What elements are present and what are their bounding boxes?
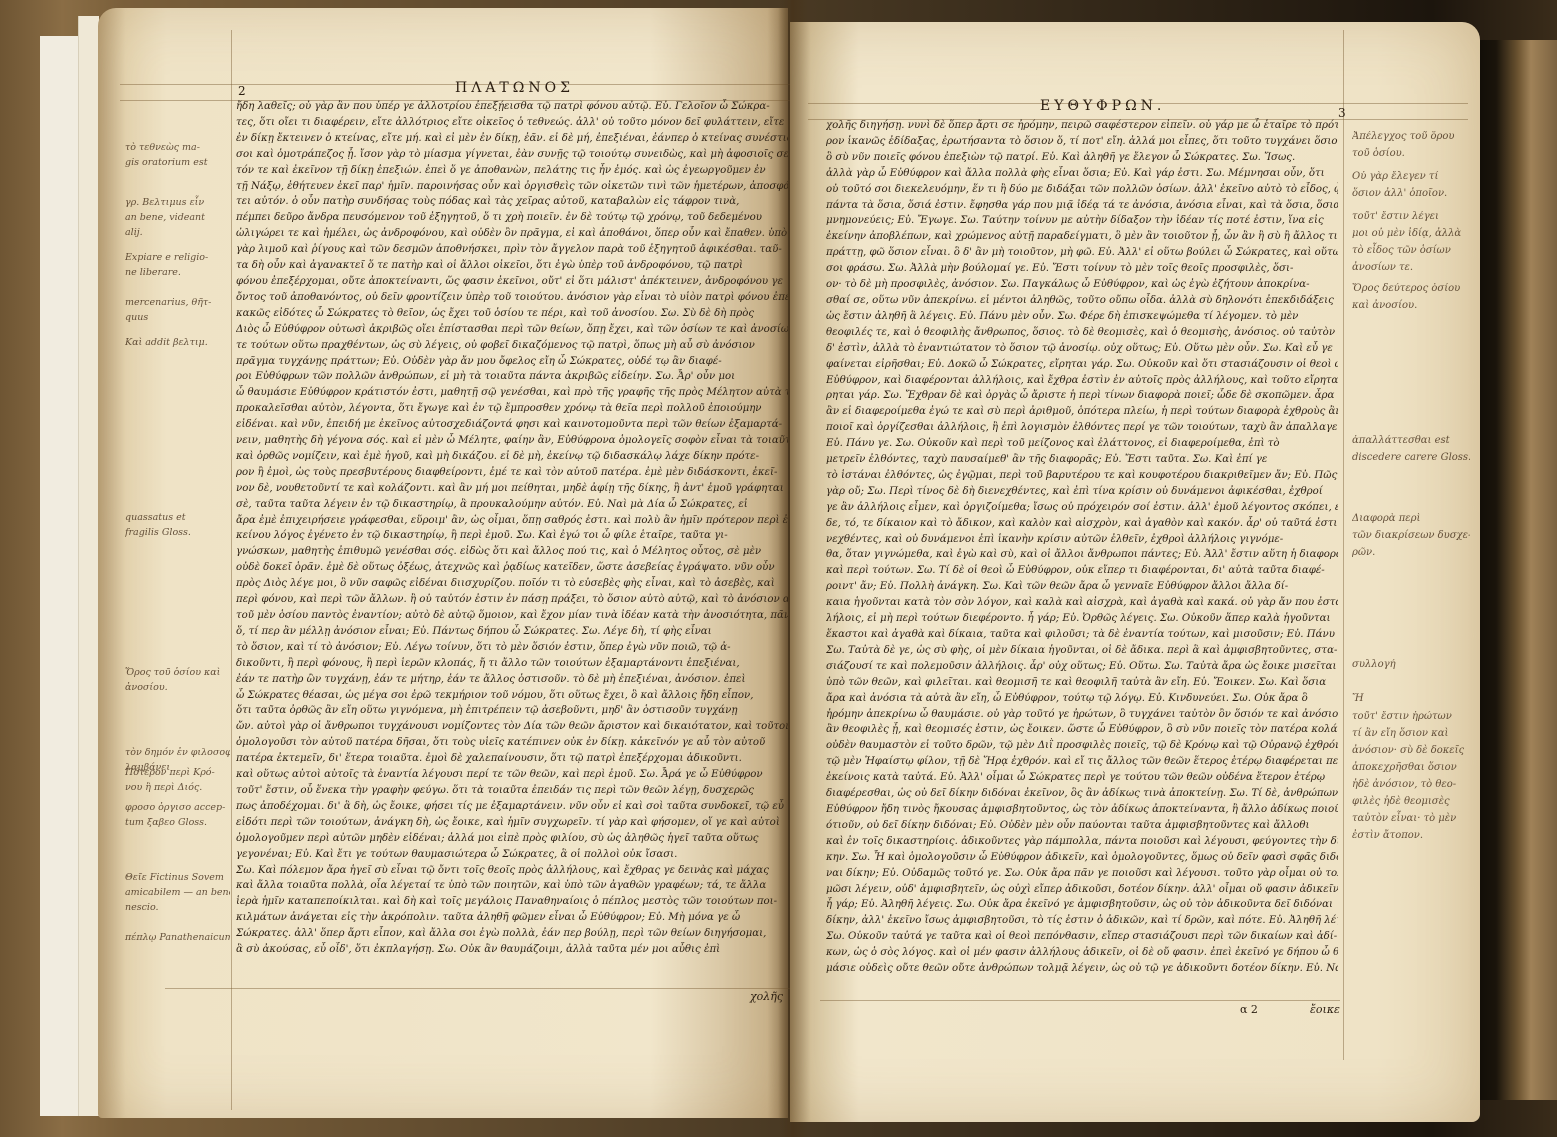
marginal-note-line: γρ. Βελτιμus εἶν bbox=[125, 195, 205, 210]
text-line: τῇ Νάξῳ, ἐθήτευεν ἐκεῖ παρ' ἡμῖν. παροιν… bbox=[236, 179, 788, 195]
text-line: πάντα τὰ ὅσια, ὅσιά ἐστιν. ἔφησθα γάρ πο… bbox=[826, 198, 1338, 214]
marginal-note-line: πέπλῳ Panathenaicum. bbox=[125, 930, 230, 945]
text-line: νεχθέντες, καὶ οὐ δυνάμενοι ἐπὶ ἱκανὴν κ… bbox=[826, 532, 1338, 548]
text-line: καὶ περὶ τούτων. Σω. Τί δὲ οἱ θεοὶ ὦ Εὐθ… bbox=[826, 563, 1338, 579]
marginal-note-line: nescio. bbox=[125, 900, 230, 915]
text-line: οὐδὲν θαυμαστὸν εἰ τοῦτο δρῶν, τῷ μὲν Δι… bbox=[826, 738, 1338, 754]
marginal-note: mercenarius, θῆτ-quus bbox=[125, 295, 211, 325]
text-line: σοι φράσω. Σω. Ἀλλὰ μὴν βούλομαί γε. Εὐ.… bbox=[826, 261, 1338, 277]
text-line: θα, ὅταν γιγνώμεθα, καὶ ἐγὼ καὶ σὺ, καὶ … bbox=[826, 547, 1338, 563]
text-line: μνημονεύεις; Εὐ. Ἔγωγε. Σω. Ταύτην τοίνυ… bbox=[826, 213, 1338, 229]
marginal-note: Πότερον περὶ Κρό-νου ἢ περὶ Διός. bbox=[125, 765, 215, 795]
text-line: γεγονέναι; Εὐ. Καὶ ἔτι γε τούτων θαυμασι… bbox=[236, 847, 788, 863]
text-line: τες, ὅτι οἴει τι διαφέρειν, εἴτε ἀλλότρι… bbox=[236, 115, 788, 131]
text-line: ὤν. αὐτοὶ γὰρ οἱ ἄνθρωποι τυγχάνουσι νομ… bbox=[236, 719, 788, 735]
text-line: καια ἡγοῦνται κατὰ τὸν σὸν λόγον, καὶ κα… bbox=[826, 595, 1338, 611]
text-line: οὐ τοῦτό σοι διεκελευόμην, ἕν τι ἢ δύο μ… bbox=[826, 182, 1338, 198]
marginal-note: τοῦτ' ἔστιν ἠρώτωντί ἂν εἴη ὅσιον καὶἀνό… bbox=[1352, 708, 1464, 844]
loose-paper-sheet bbox=[40, 36, 80, 1116]
marginal-note: Ἤ bbox=[1352, 690, 1364, 707]
text-line: ρον ἢ ἐμοὶ, ὡς τοὺς πρεσβυτέρους διαφθεί… bbox=[236, 465, 788, 481]
catchword-right: ἔοικε bbox=[1310, 1003, 1340, 1016]
text-line: δ' ἐστὶν, ἀλλὰ τὸ ἐναντιώτατον τὸ ὅσιον … bbox=[826, 341, 1338, 357]
text-line: Εὐ. Πάνυ γε. Σω. Οὐκοῦν καὶ περὶ τοῦ μεί… bbox=[826, 436, 1338, 452]
text-line: λήλοις, εἰ μὴ περὶ τούτων διεφέροντο. ἦ … bbox=[826, 611, 1338, 627]
marginal-note-line: μοι οὐ μὲν ἰδίᾳ, ἀλλὰ bbox=[1352, 225, 1461, 242]
marginal-note-line: gis oratorium est bbox=[125, 155, 208, 170]
text-line: σοι καὶ ὁμοτράπεζος ᾖ. ἴσον γὰρ τὸ μίασμ… bbox=[236, 147, 788, 163]
text-line: σιάζουσί τε καὶ πολεμοῦσιν ἀλλήλοις. ἆρ'… bbox=[826, 659, 1338, 675]
marginal-note: συλλογή bbox=[1352, 656, 1396, 673]
loose-paper-sheet bbox=[78, 16, 99, 1116]
marginal-note-line: mercenarius, θῆτ- bbox=[125, 295, 211, 310]
right-page-text: χολῆς διηγήσῃ. νυνὶ δὲ ὅπερ ἄρτι σε ἠρόμ… bbox=[826, 118, 1338, 1000]
text-line: τόν τε καὶ ἐκεῖνον τῇ δίκῃ ἐπεξιών. ἐπεὶ… bbox=[236, 163, 788, 179]
marginal-note-line: Ἤ bbox=[1352, 690, 1364, 707]
text-line: δε, τό, τε δίκαιον καὶ τὸ ἄδικον, καὶ κα… bbox=[826, 516, 1338, 532]
marginal-note-line: ταὐτὸν εἶναι· τὸ μὲν bbox=[1352, 810, 1464, 827]
text-line: Εὐθύφρον, καὶ διαφέρονται ἀλλήλοις, καὶ … bbox=[826, 373, 1338, 389]
marginal-note-line: fragilis Gloss. bbox=[125, 525, 191, 540]
text-line: δικοῦντι, ἢ περὶ φόνους, ἢ περὶ ἱερῶν κλ… bbox=[236, 656, 788, 672]
text-line: ὅ, τί περ ἂν μέλλῃ ἀνόσιον εἶναι; Εὐ. Πά… bbox=[236, 624, 788, 640]
marginal-note-line: τὸν δημόν ἐν φιλοσοφία bbox=[125, 745, 230, 760]
marginal-note-line: Expiare e religio- bbox=[125, 250, 208, 265]
text-line: γε ἂν ἀλλήλοις εἶμεν, καὶ ὀργιζοίμεθα; ἴ… bbox=[826, 500, 1338, 516]
text-line: ρηται γάρ. Σω. Ἔχθραν δὲ καὶ ὀργὰς ὦ ἄρι… bbox=[826, 388, 1338, 404]
text-line: πρὸς Διὸς λέγε μοι, ὃ νῦν σαφῶς εἰδέναι … bbox=[236, 576, 788, 592]
text-line: Σω. Καὶ πόλεμον ἄρα ἡγεῖ σὺ εἶναι τῷ ὄντ… bbox=[236, 863, 788, 879]
text-line: ότιοῦν, οὐ δεῖ δίκην διδόναι; Εὐ. Οὐδὲν … bbox=[826, 818, 1338, 834]
text-line: ὁμολογοῦσι τὸν αὑτοῦ πατέρα δῆσαι, ὅτι τ… bbox=[236, 735, 788, 751]
text-line: καὶ οὕτως αὐτοὶ αὑτοῖς τὰ ἐναντία λέγουσ… bbox=[236, 767, 788, 783]
marginal-note: Διαφορὰ περὶτῶν διακρίσεων δυσχε-ρῶν. bbox=[1352, 510, 1470, 561]
marginal-note: Expiare e religio-ne liberare. bbox=[125, 250, 208, 280]
marginal-note-line: καὶ ἀνοσίου. bbox=[1352, 297, 1460, 314]
text-line: διαφέρεσθαι, ὡς οὐ δεῖ δίκην διδόναι ἐκε… bbox=[826, 786, 1338, 802]
marginal-note-line: τοῦ ὁσίου. bbox=[1352, 145, 1455, 162]
text-line: κιλμάτων ἀνάγεται εἰς τὴν ἀκρόπολιν. ταῦ… bbox=[236, 910, 788, 926]
text-line: γνώσκων, μαθητὴς ἐπιθυμῶ γενέσθαι σός. ε… bbox=[236, 544, 788, 560]
text-line: φαίνεται εἰρῆσθαι; Εὐ. Δοκῶ ὦ Σώκρατες, … bbox=[826, 357, 1338, 373]
marginal-note-line: quassatus et bbox=[125, 510, 191, 525]
text-line: ἐκείνοις κατὰ ταὐτά. Εὐ. Ἀλλ' οἶμαι ὦ Σώ… bbox=[826, 770, 1338, 786]
text-line: τα δὴ οὖν καὶ ἀγανακτεῖ ὅ τε πατὴρ καὶ ο… bbox=[236, 258, 788, 274]
text-line: τει αὐτόν. ὁ οὖν πατὴρ συνδήσας τοὺς πόδ… bbox=[236, 194, 788, 210]
marginal-note-line: ὅσιον ἀλλ' ὁποῖον. bbox=[1352, 185, 1447, 202]
marginal-note-line: τί ἂν εἴη ὅσιον καὶ bbox=[1352, 725, 1464, 742]
text-line: περὶ φόνου, καὶ περὶ τῶν ἄλλων. ἢ οὐ ταὐ… bbox=[236, 592, 788, 608]
marginal-note-line: ρῶν. bbox=[1352, 544, 1470, 561]
text-line: Σω. Ταὐτὰ δὲ γε, ὡς σὺ φὴς, οἱ μὲν δίκαι… bbox=[826, 643, 1338, 659]
text-line: ἱερὰ ἡμῖν καταπεποίκιλται. καὶ δὴ καὶ το… bbox=[236, 894, 788, 910]
text-line: μετρεῖν ἐλθόντες, ταχὺ παυσαίμεθ' ἂν τῆς… bbox=[826, 452, 1338, 468]
footer-rule bbox=[165, 988, 805, 989]
margin-rule bbox=[1343, 30, 1344, 1060]
text-line: γὰρ λιμοῦ καὶ ῥίγους καὶ τῶν δεσμῶν ἀποθ… bbox=[236, 242, 788, 258]
text-line: ὄντος τοῦ ἀποθανόντος, οὐ δεῖν φροντίζει… bbox=[236, 290, 788, 306]
marginal-note-line: ἀνόσιον· σὺ δὲ δοκεῖς bbox=[1352, 742, 1464, 759]
marginal-note-line: ἐστὶν ἄτοπον. bbox=[1352, 827, 1464, 844]
text-line: τε τούτων οὕτω πραχθέντων, ὡς σὺ λέγεις,… bbox=[236, 338, 788, 354]
text-line: ἂν εἰ διαφεροίμεθα ἐγώ τε καὶ σὺ περὶ ἀρ… bbox=[826, 404, 1338, 420]
text-line: Σω. Οὐκοῦν ταὐτά γε ταῦτα καὶ οἱ θεοὶ πε… bbox=[826, 929, 1338, 945]
text-line: Διὸς ὦ Εὐθύφρον οὑτωσὶ ἀκριβῶς οἴει ἐπίσ… bbox=[236, 322, 788, 338]
text-line: ὃ σὺ νῦν ποιεῖς φόνου ἐπεξιὼν τῷ πατρί. … bbox=[826, 150, 1338, 166]
signature-mark: α 2 bbox=[1240, 1003, 1258, 1016]
text-line: ἀλλὰ γὰρ ὦ Εὐθύφρον καὶ ἄλλα πολλὰ φὴς ε… bbox=[826, 166, 1338, 182]
marginal-note-line: Οὐ γὰρ ἔλεγεν τί bbox=[1352, 168, 1447, 185]
marginal-note-line: Θεῖε Fictinus Sovem bbox=[125, 870, 230, 885]
text-line: τὸ ἱστάναι ἐλθόντες, ὡς ἐγῷμαι, περὶ τοῦ… bbox=[826, 468, 1338, 484]
text-line: καὶ ἄλλα τοιαῦτα πολλὰ, οἷα λέγεταί τε ὑ… bbox=[236, 878, 788, 894]
text-line: πράττῃ, φῶ ὅσιον εἶναι. ὃ δ' ἂν μὴ τοιοῦ… bbox=[826, 245, 1338, 261]
text-line: ἕκαστοι καὶ ἀγαθὰ καὶ δίκαια, ταῦτα καὶ … bbox=[826, 627, 1338, 643]
text-line: δίκην, ἀλλ' ἐκεῖνο ἴσως ἀμφισβητοῦσι, τὸ… bbox=[826, 913, 1338, 929]
marginal-note-line: ἠδὲ ἀνόσιον, τὸ θεο- bbox=[1352, 776, 1464, 793]
text-line: πρᾶγμα τυγχάνῃς πράττων; Εὐ. Οὐδὲν γὰρ ἄ… bbox=[236, 354, 788, 370]
marginal-note-line: τὸ τεθνεὼς ma- bbox=[125, 140, 208, 155]
text-line: εἰδότι περὶ τῶν τοιούτων, ἀνάγκη δὴ, ὡς … bbox=[236, 815, 788, 831]
text-line: ἦ γάρ; Εὐ. Ἀληθῆ λέγεις. Σω. Οὐκ ἄρα ἐκε… bbox=[826, 897, 1338, 913]
text-line: θεοφιλές τε, καὶ ὁ θεοφιλὴς ἄνθρωπος, ὅσ… bbox=[826, 325, 1338, 341]
text-line: σθαί σε, οὕτω νῦν ἀπεκρίνω. εἰ μέντοι ἀλ… bbox=[826, 293, 1338, 309]
text-line: κείνου λόγος ἐγένετο ἐν τῷ δικαστηρίῳ, ἢ… bbox=[236, 528, 788, 544]
text-line: ὦ θαυμάσιε Εὐθύφρον κράτιστόν ἐστι, μαθη… bbox=[236, 385, 788, 401]
marginal-note-line: τὸ εἶδος τῶν ὁσίων bbox=[1352, 242, 1461, 259]
text-line: ρον ἱκανῶς ἐδίδαξας, ἐρωτήσαντα τὸ ὅσιον… bbox=[826, 134, 1338, 150]
marginal-note-line: τῶν διακρίσεων δυσχε- bbox=[1352, 527, 1470, 544]
margin-rule bbox=[231, 30, 232, 1110]
marginal-note-line: an bene, videant bbox=[125, 210, 205, 225]
left-page-text: ἤδη λαθεῖς; οὐ γὰρ ἂν που ὑπέρ γε ἀλλοτρ… bbox=[236, 99, 788, 974]
text-line: νειν, μαθητὴς δὴ γέγονα σός. καὶ εἰ μὲν … bbox=[236, 433, 788, 449]
text-line: νον δὲ, νουθετοῦντί τε καὶ κολάζοντι. κα… bbox=[236, 481, 788, 497]
text-line: ἐκείνην ἀποβλέπων, καὶ χρώμενος αὐτῇ παρ… bbox=[826, 229, 1338, 245]
text-line: ἄρα καὶ ἀνόσια τὰ αὐτὰ ἂν εἴη, ὦ Εὐθύφρο… bbox=[826, 691, 1338, 707]
text-line: Εὐθύφρον ἤδη τινὸς ἤκουσας ἀμφισβητοῦντο… bbox=[826, 802, 1338, 818]
marginal-note-line: Ὅρος δεύτερος ὁσίου bbox=[1352, 280, 1460, 297]
text-line: κακῶς εἰδότες ὦ Σώκρατες τὸ θεῖον, ὡς ἔχ… bbox=[236, 306, 788, 322]
text-line: ἐν δίκῃ ἔκτεινεν ὁ κτείνας, εἴτε μή. καὶ… bbox=[236, 131, 788, 147]
text-line: καὶ ὀρθῶς νομίζειν, καὶ ἐμὲ ἡγοῦ, καὶ μὴ… bbox=[236, 449, 788, 465]
marginal-note: Ὅρος δεύτερος ὁσίουκαὶ ἀνοσίου. bbox=[1352, 280, 1460, 314]
text-line: φόνου ἐπεξέρχομαι, οὔτε ἀποκτείναντι, ὥς… bbox=[236, 274, 788, 290]
text-line: ὅτι ταῦτα ὀρθῶς ἂν εἴη οὕτω γιγνόμενα, μ… bbox=[236, 703, 788, 719]
text-line: ἂν θεοφιλὲς ᾖ, καὶ θεομισές ἐστιν, ὡς ἔο… bbox=[826, 722, 1338, 738]
marginal-note-line: Πότερον περὶ Κρό- bbox=[125, 765, 215, 780]
marginal-note-line: ne liberare. bbox=[125, 265, 208, 280]
marginal-note: Οὐ γὰρ ἔλεγεν τίὅσιον ἀλλ' ὁποῖον. bbox=[1352, 168, 1447, 202]
running-head-left: ΠΛΑΤΩΝΟΣ bbox=[455, 80, 574, 96]
marginal-note-line: φροσο ὀργισο accep- bbox=[125, 800, 225, 815]
text-line: ἄρα ἐμὲ ἐπιχειρήσειε γράφεσθαι, εὕροιμ' … bbox=[236, 513, 788, 529]
marginal-note: quassatus etfragilis Gloss. bbox=[125, 510, 191, 540]
footer-rule bbox=[820, 1000, 1340, 1001]
text-line: γὰρ οὔ; Σω. Περὶ τίνος δὲ δὴ διενεχθέντε… bbox=[826, 484, 1338, 500]
marginal-note: τοῦτ' ἔστιν λέγειμοι οὐ μὲν ἰδίᾳ, ἀλλὰτὸ… bbox=[1352, 208, 1461, 276]
marginal-note: ἀπαλλάττεσθαι estdiscedere carere Gloss. bbox=[1352, 432, 1470, 466]
text-line: ὁμολογοῦμεν περὶ αὐτῶν μηδὲν εἰδέναι; ἀλ… bbox=[236, 831, 788, 847]
text-line: εἰδέναι. καὶ νῦν, ἐπειδή με ἐκεῖνος αὐτο… bbox=[236, 417, 788, 433]
text-line: ροι Εὐθύφρων τῶν πολλῶν ἀνθρώπων, εἰ μὴ … bbox=[236, 369, 788, 385]
text-line: πατέρα ἐκτεμεῖν, δι' ἕτερα τοιαῦτα. ἐμοὶ… bbox=[236, 751, 788, 767]
marginal-note-line: ἀποκεχρῆσθαι ὅσιον bbox=[1352, 759, 1464, 776]
text-line: ροιντ' ἄν; Εὐ. Πολλὴ ἀνάγκη. Σω. Καὶ τῶν… bbox=[826, 579, 1338, 595]
text-line: κων, ὡς ὁ σὸς λόγος. καὶ οἱ μέν φασιν ἀλ… bbox=[826, 945, 1338, 961]
page-number-left: 2 bbox=[238, 84, 246, 98]
marginal-note: Καὶ addit βελτιμ. bbox=[125, 335, 208, 350]
text-line: μάσιε οὐδεὶς οὔτε θεῶν οὔτε ἀνθρώπων τολ… bbox=[826, 961, 1338, 977]
marginal-note-line: discedere carere Gloss. bbox=[1352, 449, 1470, 466]
book-cover-right-edge bbox=[1470, 40, 1557, 1100]
text-line: ὠλιγώρει τε καὶ ἠμέλει, ὡς ἀνδροφόνου, κ… bbox=[236, 226, 788, 242]
text-line: ἠρόμην ἀπεκρίνω ὦ θαυμάσιε. οὐ γὰρ τοῦτό… bbox=[826, 707, 1338, 723]
text-line: τῷ μὲν Ἡφαίστῳ φίλον, τῇ δὲ Ἥρᾳ ἐχθρόν. … bbox=[826, 754, 1338, 770]
page-number-right: 3 bbox=[1338, 106, 1346, 120]
marginal-note-line: Καὶ addit βελτιμ. bbox=[125, 335, 208, 350]
text-line: πως ἀποδέχομαι. δι' ἃ δὴ, ὡς ἔοικε, φήσε… bbox=[236, 799, 788, 815]
text-line: ὑπὸ τῶν θεῶν, καὶ φιλεῖται. καὶ θεομισῆ … bbox=[826, 675, 1338, 691]
text-line: ἃ σὺ ἀκούσας, εὖ οἶδ', ὅτι ἐκπλαγήσῃ. Σω… bbox=[236, 942, 788, 958]
text-line: κην. Σω. Ἦ καὶ ὁμολογοῦσιν ὦ Εὐθύφρον ἀδ… bbox=[826, 850, 1338, 866]
text-line: ναι δίκην; Εὐ. Οὐδαμῶς τοῦτό γε. Σω. Οὐκ… bbox=[826, 866, 1338, 882]
marginal-note-line: ἀπαλλάττεσθαι est bbox=[1352, 432, 1470, 449]
text-line: τοῦ μὲν ὁσίου παντὸς ἐναντίον; αὐτὸ δὲ α… bbox=[236, 608, 788, 624]
marginal-note-line: φιλὲς ἠδὲ θεομισὲς bbox=[1352, 793, 1464, 810]
text-line: ἤδη λαθεῖς; οὐ γὰρ ἂν που ὑπέρ γε ἀλλοτρ… bbox=[236, 99, 788, 115]
marginal-note: τὸ τεθνεὼς ma-gis oratorium est bbox=[125, 140, 208, 170]
marginal-note-line: Ἀπέλεγχος τοῦ ὅρου bbox=[1352, 128, 1455, 145]
text-line: ποιοῖ καὶ ὀργίζεσθαι ἀλλήλοις, ἢ ἐπὶ λογ… bbox=[826, 420, 1338, 436]
text-line: οὐδὲ δοκεῖ ὁρᾶν. ἐμὲ δὲ οὕτως ὀξέως, ἀτε… bbox=[236, 560, 788, 576]
text-line: καὶ ἐν τοῖς δικαστηρίοις. ἀδικοῦντες γὰρ… bbox=[826, 834, 1338, 850]
marginal-note: Ὅρος τοῦ ὁσίου καὶἀνοσίου. bbox=[125, 665, 220, 695]
marginal-note-line: τοῦτ' ἔστιν ἠρώτων bbox=[1352, 708, 1464, 725]
marginal-note-line: quus bbox=[125, 310, 211, 325]
text-line: μῶσι λέγειν, οὐδ' ἀμφισβητεῖν, ὡς οὐχὶ ε… bbox=[826, 882, 1338, 898]
marginal-note: πέπλῳ Panathenaicum. bbox=[125, 930, 230, 945]
marginal-note: γρ. Βελτιμus εἶνan bene, videantalij. bbox=[125, 195, 205, 240]
marginal-note-line: νου ἢ περὶ Διός. bbox=[125, 780, 215, 795]
marginal-note: Ἀπέλεγχος τοῦ ὅρουτοῦ ὁσίου. bbox=[1352, 128, 1455, 162]
text-line: τὸ ὅσιον, καὶ τί τὸ ἀνόσιον; Εὐ. Λέγω το… bbox=[236, 640, 788, 656]
text-line: ὦ Σώκρατες θέασαι, ὡς μέγα σοι ἐρῶ τεκμή… bbox=[236, 688, 788, 704]
text-line: τοῦτ' ἔστιν, οὗ ἕνεκα τὴν γραφὴν φεύγω. … bbox=[236, 783, 788, 799]
marginal-note-line: τοῦτ' ἔστιν λέγει bbox=[1352, 208, 1461, 225]
text-line: ἐάν τε πατὴρ ὢν τυγχάνῃ, ἐάν τε μήτηρ, ἐ… bbox=[236, 672, 788, 688]
text-line: ον· τὸ δὲ μὴ προσφιλὲς, ἀνόσιον. Σω. Παγ… bbox=[826, 277, 1338, 293]
marginal-note-line: alij. bbox=[125, 225, 205, 240]
text-line: πέμπει δεῦρο ἄνδρα πευσόμενον τοῦ ἐξηγητ… bbox=[236, 210, 788, 226]
marginal-note-line: Διαφορὰ περὶ bbox=[1352, 510, 1470, 527]
running-head-right: ΕΥΘΥΦΡΩΝ. bbox=[1040, 98, 1165, 114]
marginal-note: φροσο ὀργισο accep-tum ξαβεο Gloss. bbox=[125, 800, 225, 830]
text-line: ὡς ἔστιν ἀληθῆ ἃ λέγεις. Εὐ. Πάνυ μὲν οὖ… bbox=[826, 309, 1338, 325]
text-line: σὲ, ταῦτα ταῦτα λέγειν ἐν τῷ δικαστηρίῳ,… bbox=[236, 497, 788, 513]
text-line: Σώκρατες. ἀλλ' ὅπερ ἄρτι εἶπον, καὶ ἄλλα… bbox=[236, 926, 788, 942]
text-line: προκαλεῖσθαι αὐτὸν, λέγοντα, ὅτι ἔγωγε κ… bbox=[236, 401, 788, 417]
marginal-note-line: συλλογή bbox=[1352, 656, 1396, 673]
text-line: χολῆς διηγήσῃ. νυνὶ δὲ ὅπερ ἄρτι σε ἠρόμ… bbox=[826, 118, 1338, 134]
marginal-note-line: ἀνοσίων τε. bbox=[1352, 259, 1461, 276]
marginal-note-line: tum ξαβεο Gloss. bbox=[125, 815, 225, 830]
marginal-note: Θεῖε Fictinus Sovemamicabilem — an benen… bbox=[125, 870, 230, 915]
marginal-note-line: amicabilem — an bene bbox=[125, 885, 230, 900]
marginal-note-line: Ὅρος τοῦ ὁσίου καὶ bbox=[125, 665, 220, 680]
marginal-note-line: ἀνοσίου. bbox=[125, 680, 220, 695]
